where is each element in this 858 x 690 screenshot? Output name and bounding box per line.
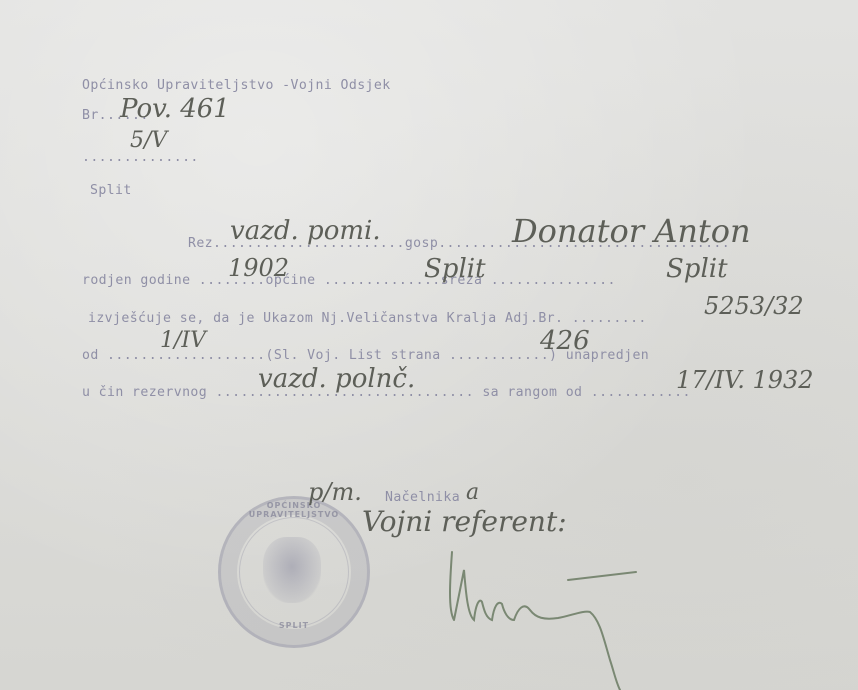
chief-title-suffix: a [466, 480, 479, 505]
official-stamp: OPĆINSKO UPRAVITELJSTVO SPLIT [218, 496, 370, 648]
name-handwritten: Donator Anton [512, 212, 751, 250]
decree-text: izvješćuje se, da je Ukazom Nj.Veličanst… [88, 311, 563, 326]
coat-of-arms-icon [263, 537, 321, 603]
per-mandate-handwritten: p/m. [308, 478, 362, 506]
list-dots: ............ [449, 348, 549, 363]
district-handwritten: Split [666, 254, 728, 284]
range-date-handwritten: 17/IV. 1932 [676, 366, 814, 394]
label-rez: Rez. [188, 236, 221, 251]
decree-date-handwritten: 1/IV [160, 328, 206, 353]
reference-sub-dots: .............. [82, 150, 199, 165]
signature-icon [440, 540, 650, 690]
label-born: rodjen godine [82, 273, 190, 288]
document-page: Općinsko Upraviteljstvo -Vojni Odsjek Br… [0, 0, 858, 690]
reference-number-handwritten: Pov. 461 [120, 94, 230, 124]
place-text: Split [90, 183, 132, 198]
list-text: (Sl. Voj. List strana [265, 348, 440, 363]
decree-dots: ......... [572, 311, 647, 326]
municipality-handwritten: Split [424, 254, 486, 284]
label-od: od [82, 348, 99, 363]
label-rank: u čin rezervnog [82, 385, 207, 400]
chief-title: Načelnika [385, 490, 460, 505]
sreza-dots: ............... [491, 273, 616, 288]
page-number-handwritten: 426 [540, 326, 590, 356]
rank-handwritten: vazd. pomi. [230, 216, 381, 246]
birth-year-handwritten: 1902 [228, 254, 289, 282]
label-range: sa rangom od [482, 385, 582, 400]
decree-number-handwritten: 5253/32 [704, 292, 804, 320]
reserve-rank-handwritten: vazd. polnč. [258, 364, 415, 394]
office-header: Općinsko Upraviteljstvo -Vojni Odsjek [82, 78, 391, 93]
stamp-bottom-text: SPLIT [221, 621, 367, 630]
line-decree: izvješćuje se, da je Ukazom Nj.Veličanst… [88, 311, 647, 326]
ref-label-text: Br. [82, 108, 107, 123]
line-born: rodjen godine ........općine ...........… [82, 273, 616, 288]
role-handwritten: Vojni referent: [362, 505, 567, 538]
label-gosp: gosp. [405, 236, 447, 251]
